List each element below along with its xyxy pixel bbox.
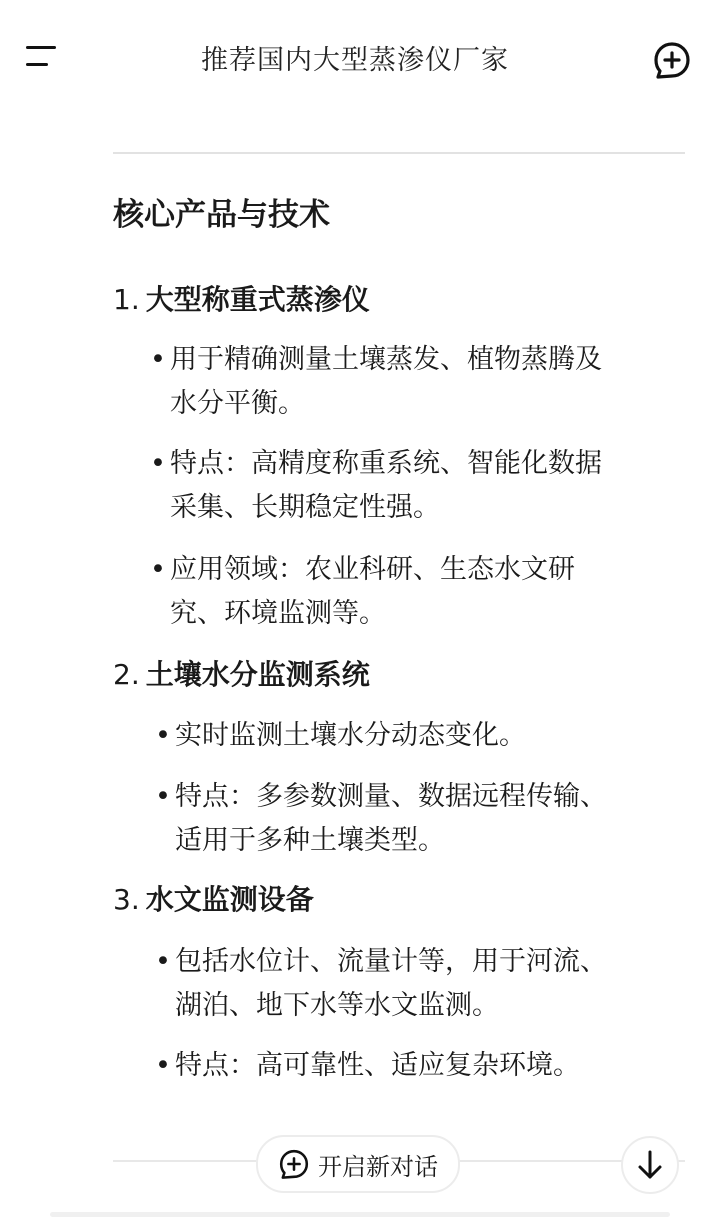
list-title-text: 大型称重式蒸渗仪 [146, 283, 370, 316]
list-item: • 应用领域：农业科研、生态水文研究、环境监测等。 [150, 548, 670, 636]
conversation-title: 推荐国内大型蒸渗仪厂家 [0, 38, 710, 77]
scroll-to-bottom-button[interactable] [621, 1136, 679, 1194]
bullet-text: 应用领域：农业科研、生态水文研 [170, 554, 575, 585]
list-number: 3. [113, 883, 140, 916]
bullet-text: 实时监测土壤水分动态变化。 [175, 720, 526, 751]
bullet-dot: • [155, 1044, 175, 1088]
bullet-dot: • [155, 775, 175, 819]
list-item: • 包括水位计、流量计等，用于河流、湖泊、地下水等水文监测。 [155, 940, 675, 1028]
list-item: • 特点：高精度称重系统、智能化数据采集、长期稳定性强。 [150, 442, 670, 530]
arrow-down-icon [637, 1150, 663, 1180]
bullet-text: 采集、长期稳定性强。 [170, 492, 440, 523]
new-chat-label: 开启新对话 [318, 1147, 438, 1182]
bullet-text: 水分平衡。 [170, 388, 305, 419]
bullet-dot: • [150, 548, 170, 592]
bullet-text: 特点：多参数测量、数据远程传输、 [175, 781, 607, 812]
chat-plus-icon [652, 40, 692, 80]
list-item: • 用于精确测量土壤蒸发、植物蒸腾及水分平衡。 [150, 338, 670, 426]
bullet-text: 用于精确测量土壤蒸发、植物蒸腾及 [170, 344, 602, 375]
input-area-edge [50, 1212, 670, 1217]
new-chat-pill-button[interactable]: 开启新对话 [256, 1135, 460, 1193]
message-content: 核心产品与技术 [113, 190, 693, 240]
divider [113, 152, 685, 154]
bullet-dot: • [155, 940, 175, 984]
list-item-title: 2.土壤水分监测系统 [113, 655, 370, 695]
bullet-dot: • [150, 338, 170, 382]
bullet-text: 特点：高可靠性、适应复杂环境。 [175, 1050, 580, 1081]
list-item: • 特点：多参数测量、数据远程传输、适用于多种土壤类型。 [155, 775, 675, 863]
bullet-text: 特点：高精度称重系统、智能化数据 [170, 448, 602, 479]
bullet-text: 适用于多种土壤类型。 [175, 825, 445, 856]
list-title-text: 土壤水分监测系统 [146, 658, 370, 691]
list-item-title: 1.大型称重式蒸渗仪 [113, 280, 370, 320]
bullet-dot: • [155, 714, 175, 758]
list-number: 1. [113, 283, 140, 316]
list-item-title: 3.水文监测设备 [113, 880, 314, 920]
app-header: 推荐国内大型蒸渗仪厂家 [0, 0, 710, 120]
list-number: 2. [113, 658, 140, 691]
section-heading: 核心产品与技术 [113, 190, 693, 240]
bullet-text: 湖泊、地下水等水文监测。 [175, 990, 499, 1021]
chat-plus-icon [278, 1148, 310, 1180]
bullet-text: 包括水位计、流量计等，用于河流、 [175, 946, 607, 977]
list-item: • 实时监测土壤水分动态变化。 [155, 714, 675, 758]
new-chat-button[interactable] [652, 40, 692, 80]
bullet-dot: • [150, 442, 170, 486]
list-item: • 特点：高可靠性、适应复杂环境。 [155, 1044, 675, 1088]
list-title-text: 水文监测设备 [146, 883, 314, 916]
bullet-text: 究、环境监测等。 [170, 598, 386, 629]
